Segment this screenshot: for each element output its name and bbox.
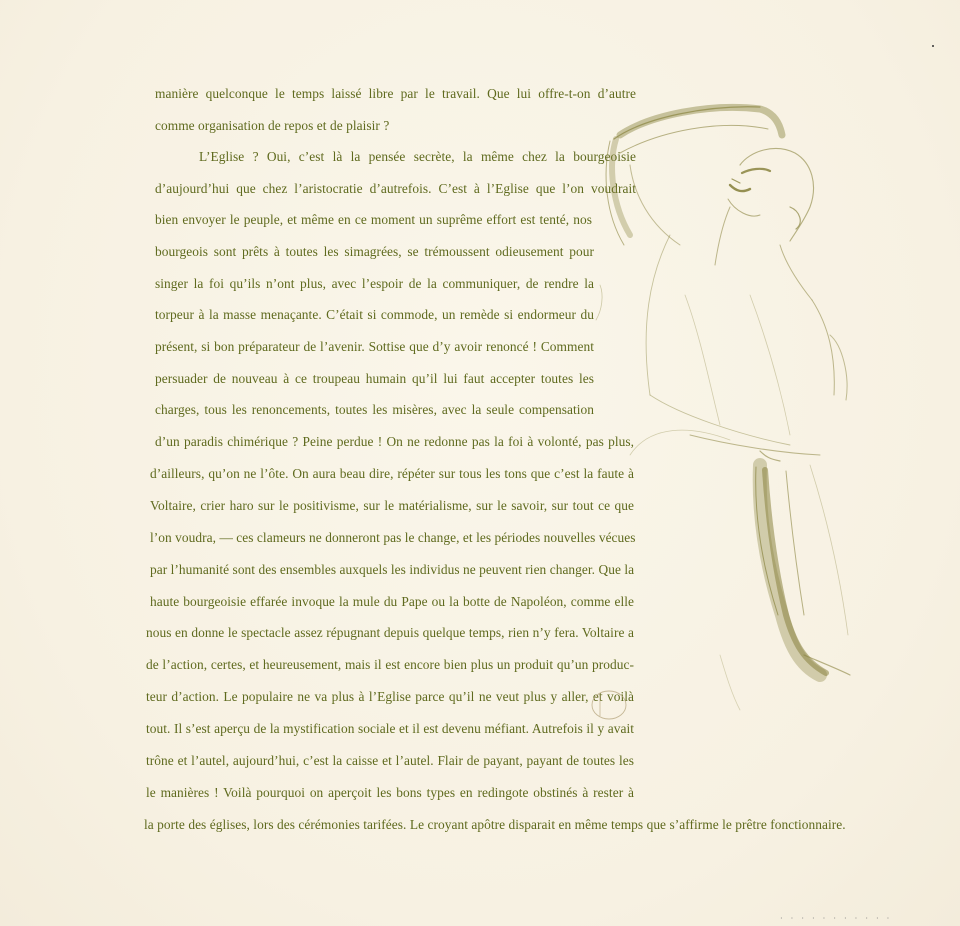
text-line: bien envoyer le peuple, et même en ce mo… bbox=[155, 212, 592, 228]
text-line: trône et l’autel, aujourd’hui, c’est la … bbox=[146, 753, 634, 769]
text-line: singer la foi qu’ils n’ont plus, avec l’… bbox=[155, 276, 594, 292]
text-line: haute bourgeoisie effarée invoque la mul… bbox=[150, 594, 634, 610]
text-line: teur d’action. Le populaire ne va plus à… bbox=[146, 689, 634, 705]
text-line: comme organisation de repos et de plaisi… bbox=[155, 118, 391, 134]
text-line: d’ailleurs, qu’on ne l’ôte. On aura beau… bbox=[150, 466, 634, 482]
text-line: manière quelconque le temps laissé libre… bbox=[155, 86, 636, 102]
text-line: tout. Il s’est aperçu de la mystificatio… bbox=[146, 721, 634, 737]
text-line: d’un paradis chimérique ? Peine perdue !… bbox=[155, 434, 634, 450]
text-line: le manières ! Voilà pourquoi on aperçoit… bbox=[146, 785, 634, 801]
book-page: manière quelconque le temps laissé libre… bbox=[0, 0, 960, 926]
text-line: nous en donne le spectacle assez répugna… bbox=[146, 625, 634, 641]
text-line: L’Eglise ? Oui, c’est là la pensée secrè… bbox=[199, 149, 636, 165]
text-line: persuader de nouveau à ce troupeau humai… bbox=[155, 371, 594, 387]
text-line: présent, si bon préparateur de l’avenir.… bbox=[155, 339, 594, 355]
text-line: Voltaire, crier haro sur le positivisme,… bbox=[150, 498, 634, 514]
ink-speck bbox=[932, 45, 934, 47]
text-line: la porte des églises, lors des cérémonie… bbox=[144, 817, 852, 833]
pencil-circle-mark bbox=[588, 688, 630, 722]
text-line: torpeur à la masse menaçante. C’était si… bbox=[155, 307, 594, 323]
text-line: par l’humanité sont des ensembles auxque… bbox=[150, 562, 634, 578]
text-line: l’on voudra, — ces clameurs ne donneront… bbox=[150, 530, 634, 546]
dancer-sketch-illustration bbox=[590, 95, 870, 715]
text-line: bourgeois sont prêts à toutes les simagr… bbox=[155, 244, 594, 260]
bottom-edge-marks: · · · · · · · · · · · bbox=[780, 914, 960, 924]
text-line: de l’action, certes, et heureusement, ma… bbox=[146, 657, 634, 673]
text-line: charges, tous les renoncements, toutes l… bbox=[155, 402, 594, 418]
text-line: d’aujourd’hui que chez l’aristocratie d’… bbox=[155, 181, 636, 197]
